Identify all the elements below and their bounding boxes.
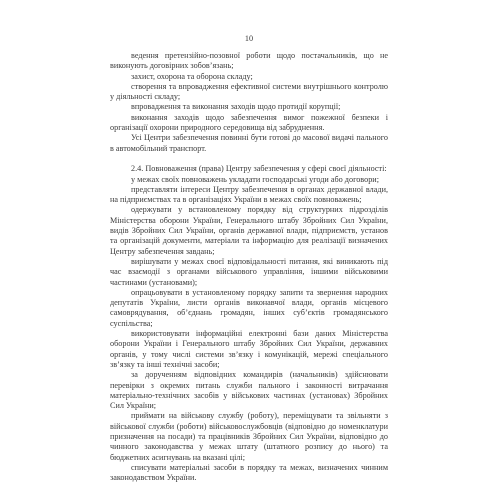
- paragraph: створення та впровадження ефективної сис…: [110, 82, 388, 103]
- paragraph: захист, охорона та оборона складу;: [110, 72, 388, 82]
- paragraph: ведення претензійно-позовної роботи щодо…: [110, 51, 388, 72]
- paragraph: використовувати інформаційні електронні …: [110, 329, 388, 370]
- paragraph: одержувати у встановленому порядку від с…: [110, 205, 388, 256]
- paragraph: вирішувати у межах своєї відповідальност…: [110, 257, 388, 288]
- paragraph: представляти інтереси Центру забезпеченн…: [110, 185, 388, 206]
- paragraph: приймати на військову службу (роботу), п…: [110, 411, 388, 462]
- paragraph: впровадження та виконання заходів щодо п…: [110, 102, 388, 112]
- paragraph: виконання заходів щодо забезпечення вимо…: [110, 113, 388, 134]
- page-number: 10: [110, 34, 388, 44]
- section-heading: 2.4. Повноваження (права) Центру забезпе…: [110, 164, 388, 174]
- document-body: ведення претензійно-позовної роботи щодо…: [110, 51, 388, 483]
- paragraph: Усі Центри забезпечення повинні бути гот…: [110, 133, 388, 154]
- paragraph: у межах своїх повноважень укладати госпо…: [110, 175, 388, 185]
- paragraph: опрацьовувати в установленому порядку за…: [110, 288, 388, 329]
- paragraph: за дорученням відповідних командирів (на…: [110, 370, 388, 411]
- paragraph: списувати матеріальні засоби в порядку т…: [110, 463, 388, 484]
